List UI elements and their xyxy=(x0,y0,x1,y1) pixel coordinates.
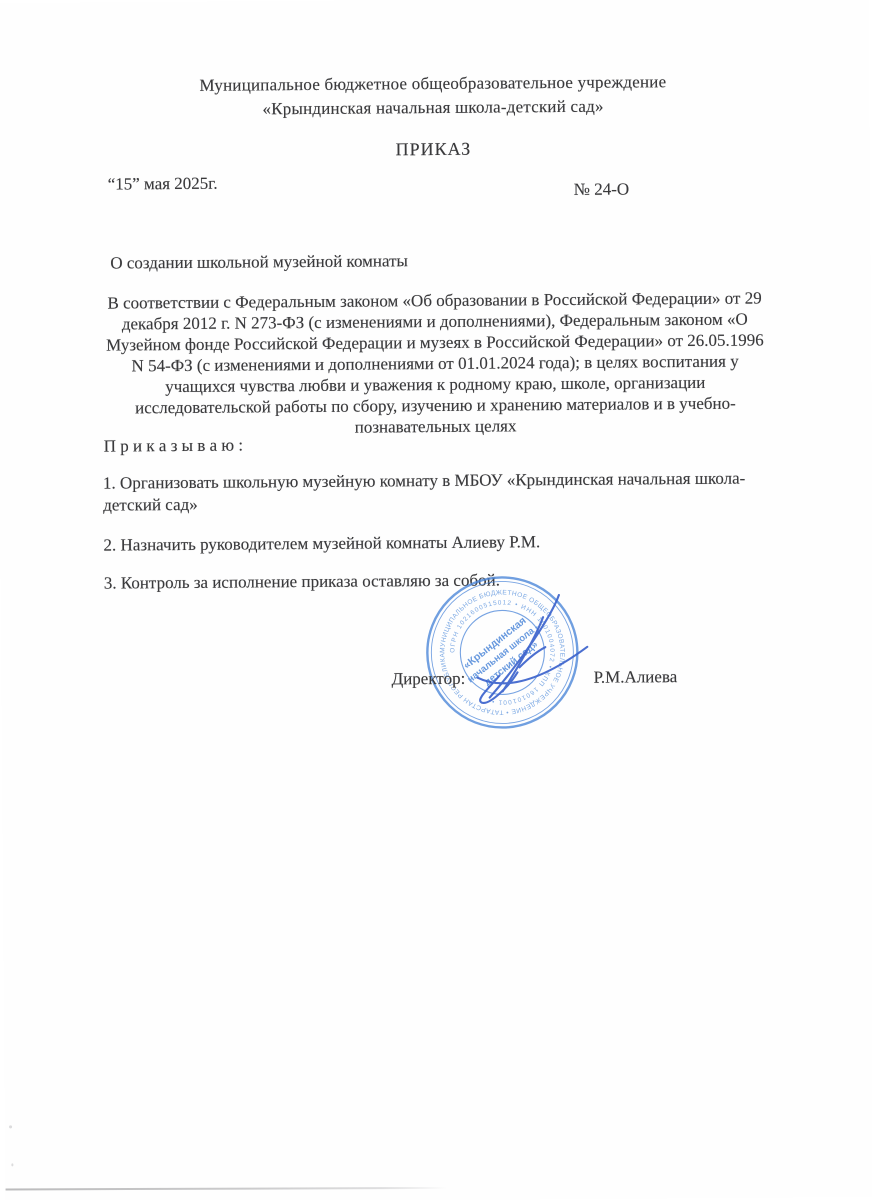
order-item-1: 1. Организовать школьную музейную комнат… xyxy=(103,467,773,516)
scan-speck xyxy=(9,1125,12,1128)
order-item-2: 2. Назначить руководителем музейной комн… xyxy=(103,529,773,556)
handwritten-signature xyxy=(419,554,635,731)
order-item-2-line1: 2. Назначить руководителем музейной комн… xyxy=(103,529,773,556)
preamble-paragraph: В соответствии с Федеральным законом «Об… xyxy=(85,287,786,439)
document-subject: О создании школьной музейной комнаты xyxy=(110,251,408,273)
document-date: “15” мая 2025г. xyxy=(108,174,218,195)
scan-artifact-line xyxy=(6,1187,448,1191)
order-keyword: П р и к а з ы в а ю : xyxy=(104,436,243,457)
signature-role-label: Директор: xyxy=(391,669,465,690)
scanned-document-page: Муниципальное бюджетное общеобразователь… xyxy=(0,0,872,1200)
document-number: № 24-О xyxy=(574,179,630,199)
signature-name: Р.М.Алиева xyxy=(593,667,677,688)
document-type-title: ПРИКАЗ xyxy=(0,136,869,164)
scan-speck xyxy=(11,1163,13,1166)
organization-header: Муниципальное бюджетное общеобразователь… xyxy=(0,69,869,124)
signature-stroke-icon xyxy=(419,554,635,731)
